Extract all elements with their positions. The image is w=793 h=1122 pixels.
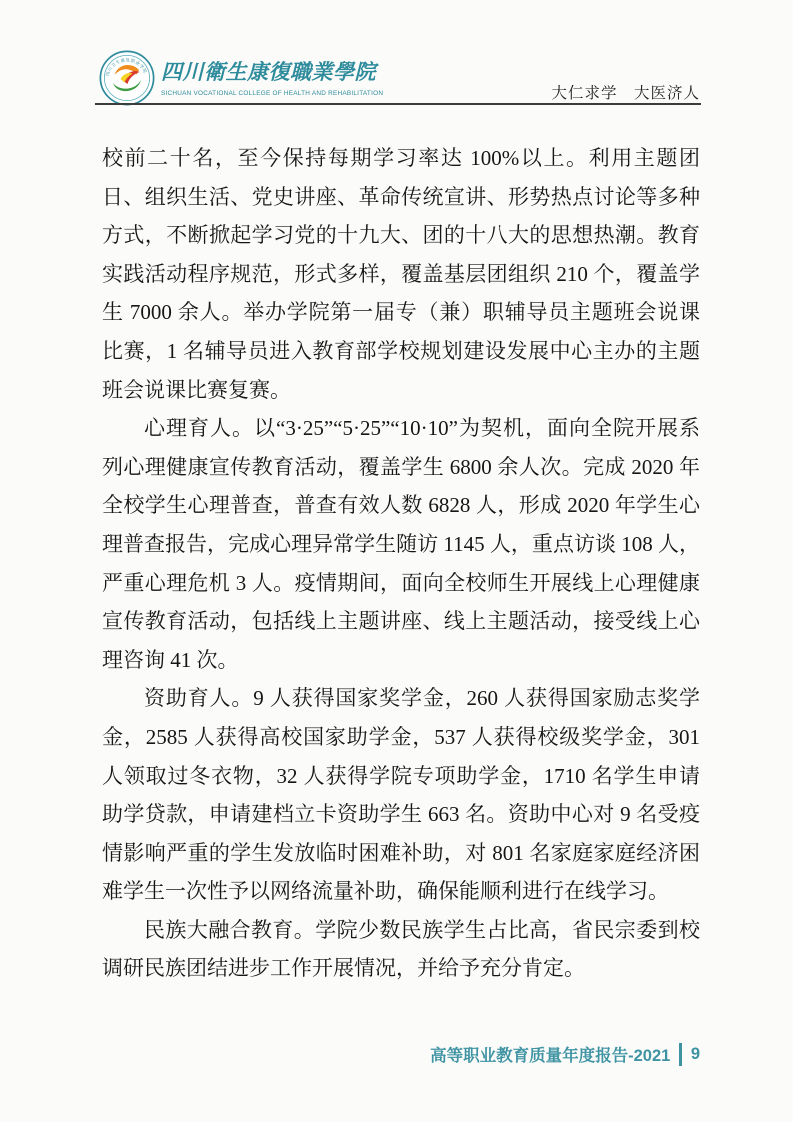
document-body: 校前二十名，至今保持每期学习率达 100%以上。利用主题团日、组织生活、党史讲座…	[102, 139, 700, 988]
footer-page-number: 9	[691, 1045, 700, 1064]
college-seal-logo: 四川卫生康复职业学院	[99, 50, 155, 106]
paragraph: 心理育人。以“3·25”“5·25”“10·10”为契机，面向全院开展系列心理健…	[102, 409, 700, 679]
paragraph: 资助育人。9 人获得国家奖学金，260 人获得国家励志奖学金，2585 人获得高…	[102, 679, 700, 911]
paragraph: 民族大融合教育。学院少数民族学生占比高，省民宗委到校调研民族团结进步工作开展情况…	[102, 911, 700, 988]
header-motto: 大仁求学 大医济人	[551, 81, 700, 103]
college-seal-icon: 四川卫生康复职业学院	[99, 50, 155, 106]
header-divider	[95, 103, 701, 105]
footer-report-title: 高等职业教育质量年度报告-2021	[430, 1042, 670, 1066]
page-footer: 高等职业教育质量年度报告-2021 9	[430, 1042, 700, 1066]
college-name-zh: 四川衛生康復職業學院	[161, 56, 421, 86]
paragraph: 校前二十名，至今保持每期学习率达 100%以上。利用主题团日、组织生活、党史讲座…	[102, 139, 700, 409]
document-page: 四川卫生康复职业学院 四川衛生康復職業學院 SICHUAN VOCATIONAL…	[0, 0, 793, 1122]
college-name-block: 四川衛生康復職業學院 SICHUAN VOCATIONAL COLLEGE OF…	[161, 56, 421, 97]
footer-separator	[679, 1043, 682, 1066]
college-name-en: SICHUAN VOCATIONAL COLLEGE OF HEALTH AND…	[161, 90, 421, 97]
